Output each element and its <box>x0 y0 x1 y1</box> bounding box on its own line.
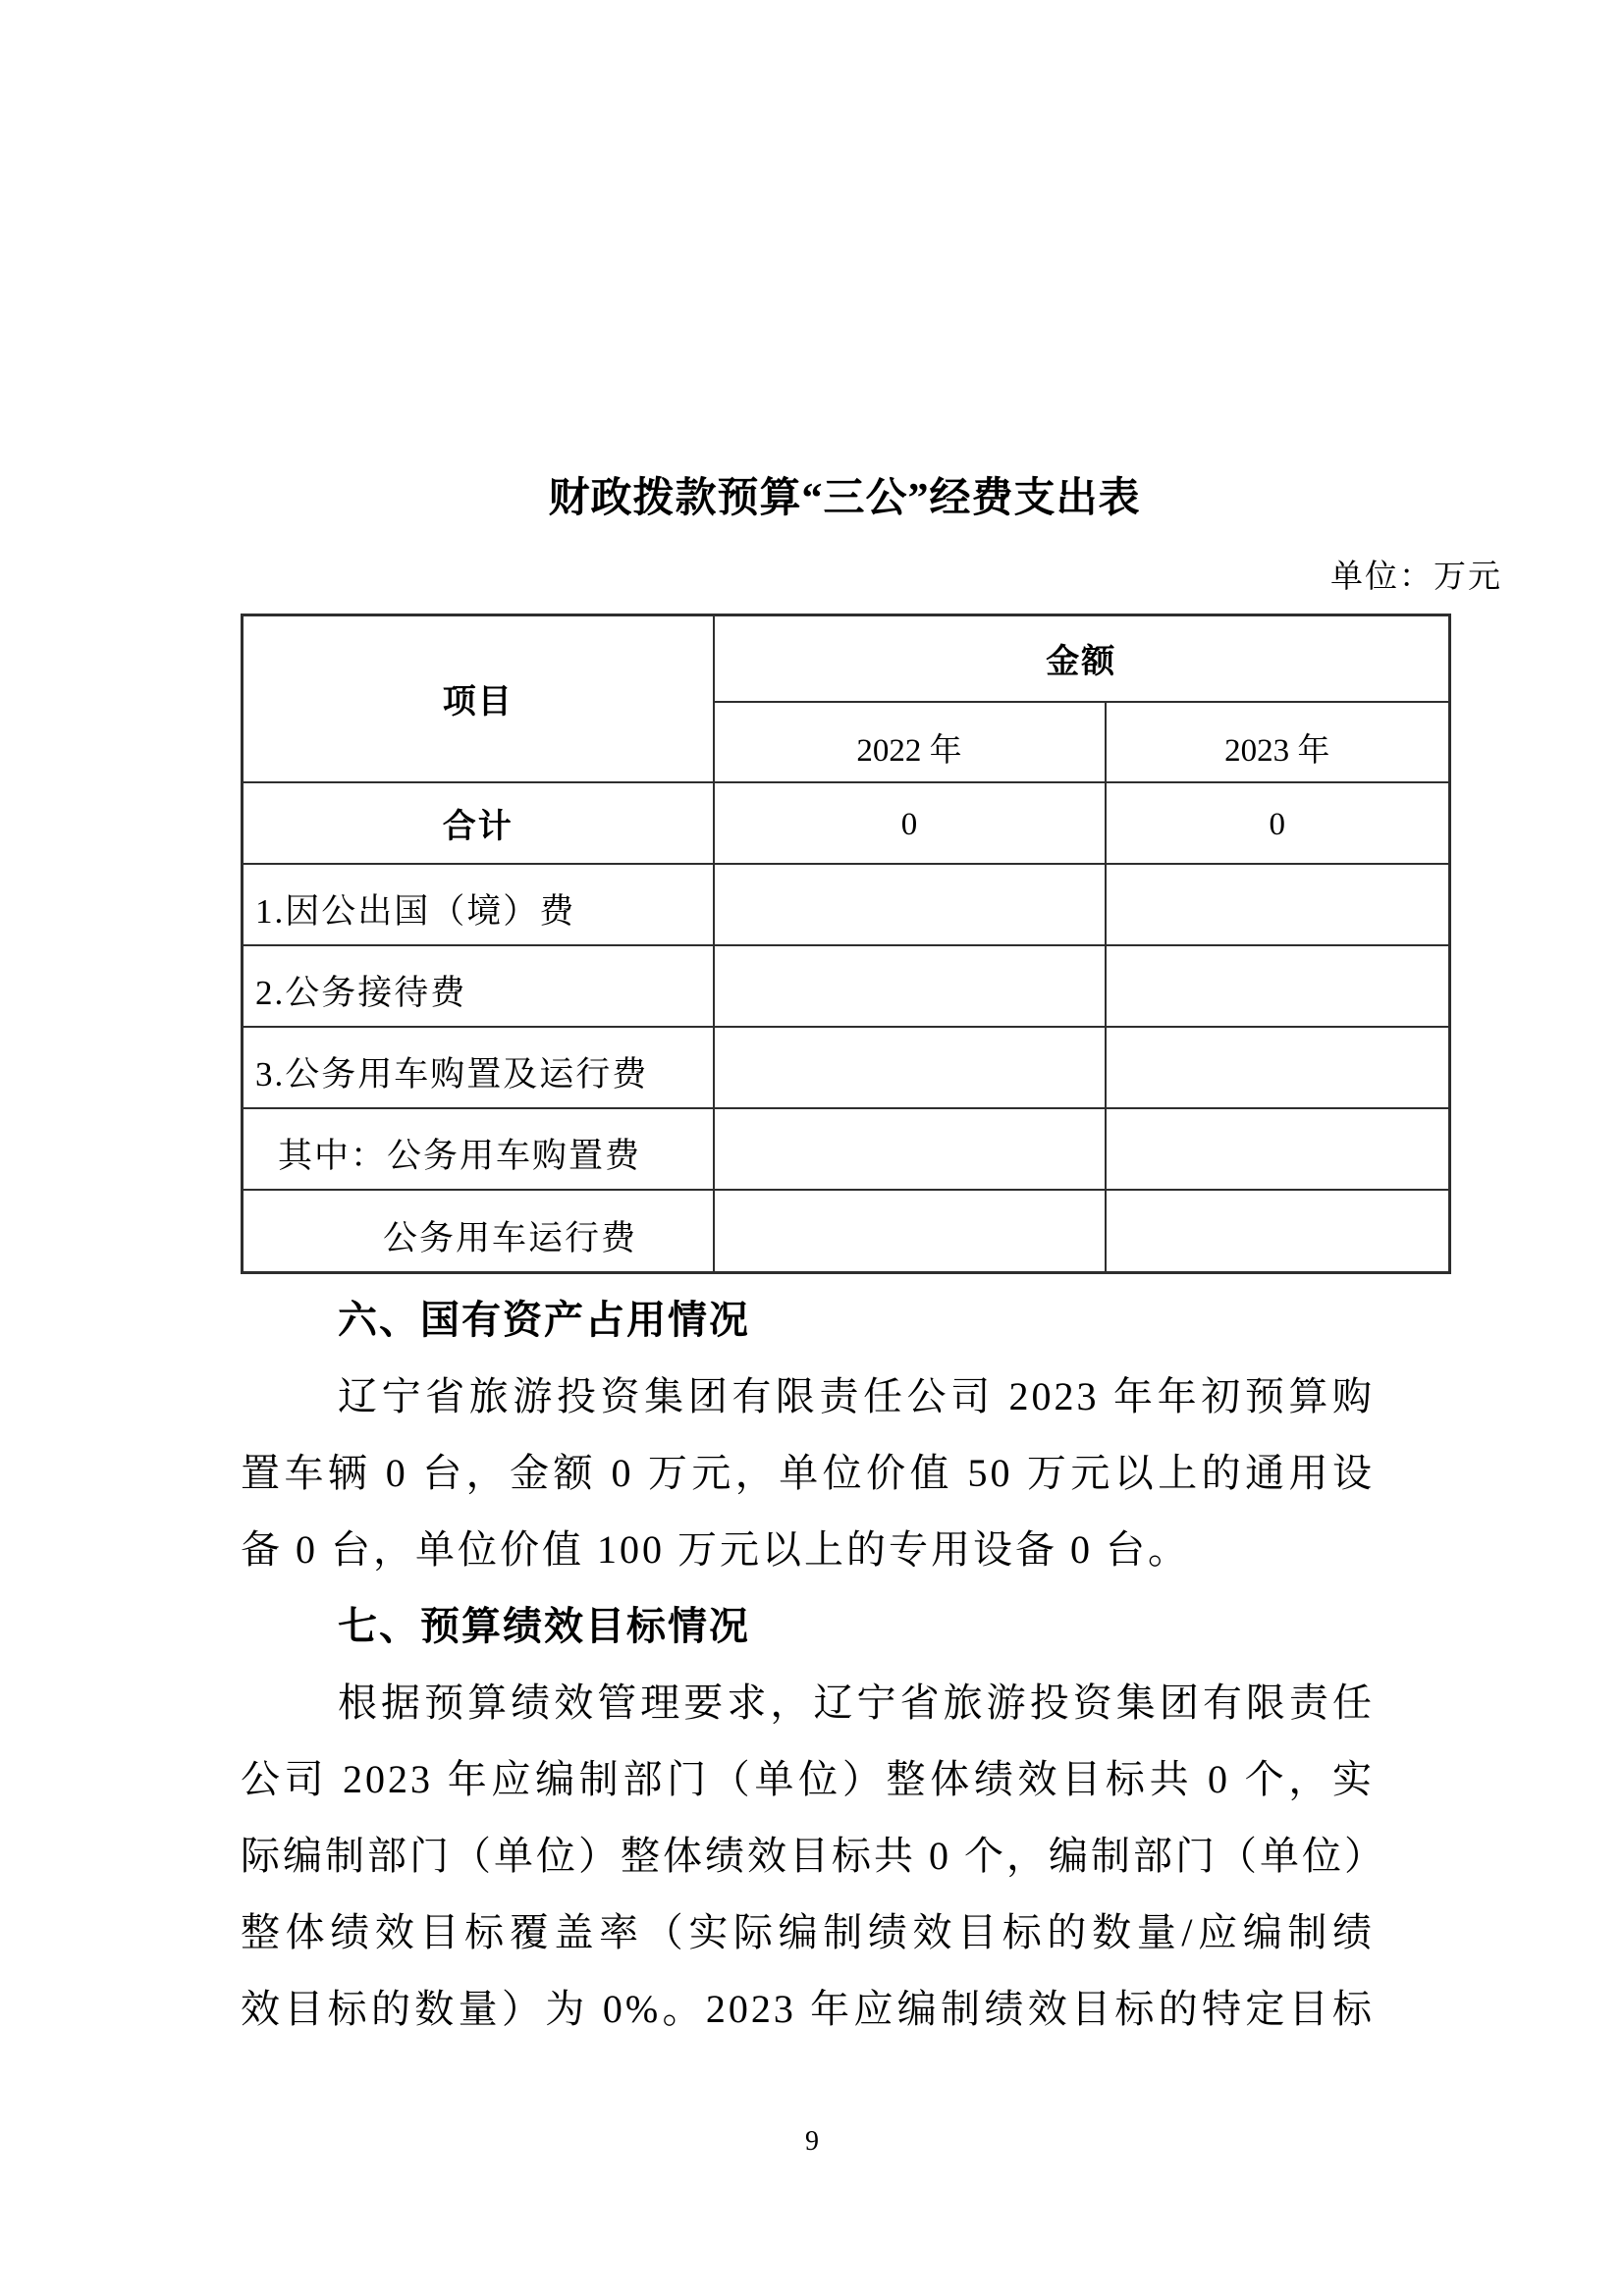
value-2022-vehicle-purchase <box>714 1108 1106 1190</box>
value-2023-vehicle-fee <box>1106 1027 1450 1108</box>
page-number: 9 <box>0 2124 1624 2160</box>
paragraph-line: 整体绩效目标覆盖率（实际编制绩效目标的数量/应编制绩 <box>241 1895 1375 1971</box>
table-row-vehicle-fee: 3.公务用车购置及运行费 <box>243 1027 1450 1108</box>
header-cell-year-2023: 2023 年 <box>1106 702 1450 782</box>
value-2022-abroad-fee <box>714 864 1106 945</box>
document-title: 财政拨款预算“三公”经费支出表 <box>241 475 1448 522</box>
value-2023-vehicle-purchase <box>1106 1108 1450 1190</box>
table-row-vehicle-purchase: 其中：公务用车购置费 <box>243 1108 1450 1190</box>
value-2023-total: 0 <box>1106 782 1450 864</box>
row-label-vehicle-purchase: 其中：公务用车购置费 <box>243 1108 714 1190</box>
value-2022-total: 0 <box>714 782 1106 864</box>
unit-note: 单位：万元 <box>241 558 1502 597</box>
table-header-row-1: 项目 金额 <box>243 615 1450 702</box>
header-cell-item: 项目 <box>243 615 714 782</box>
section-heading-performance-targets: 七、预算绩效目标情况 <box>241 1588 1375 1665</box>
paragraph-line: 际编制部门（单位）整体绩效目标共 0 个，编制部门（单位） <box>241 1818 1375 1895</box>
value-2022-vehicle-operation <box>714 1190 1106 1273</box>
document-body: 六、国有资产占用情况 辽宁省旅游投资集团有限责任公司 2023 年年初预算购 置… <box>241 1282 1375 2048</box>
row-label-vehicle-fee: 3.公务用车购置及运行费 <box>243 1027 714 1108</box>
row-label-vehicle-operation: 公务用车运行费 <box>243 1190 714 1273</box>
value-2022-vehicle-fee <box>714 1027 1106 1108</box>
table-row-total: 合计 0 0 <box>243 782 1450 864</box>
value-2022-reception-fee <box>714 945 1106 1027</box>
paragraph-line: 效目标的数量）为 0%。2023 年应编制绩效目标的特定目标 <box>241 1971 1375 2048</box>
section-heading-state-assets: 六、国有资产占用情况 <box>241 1282 1375 1359</box>
paragraph-line: 辽宁省旅游投资集团有限责任公司 2023 年年初预算购 <box>241 1359 1375 1435</box>
paragraph-line: 公司 2023 年应编制部门（单位）整体绩效目标共 0 个，实 <box>241 1741 1375 1818</box>
header-cell-year-2022: 2022 年 <box>714 702 1106 782</box>
value-2023-abroad-fee <box>1106 864 1450 945</box>
paragraph-line: 备 0 台，单位价值 100 万元以上的专用设备 0 台。 <box>241 1512 1375 1588</box>
header-cell-amount: 金额 <box>714 615 1450 702</box>
table-row-vehicle-operation: 公务用车运行费 <box>243 1190 1450 1273</box>
table-row-reception-fee: 2.公务接待费 <box>243 945 1450 1027</box>
paragraph-line: 根据预算绩效管理要求，辽宁省旅游投资集团有限责任 <box>241 1665 1375 1741</box>
three-public-expense-table: 项目 金额 2022 年 2023 年 合计 0 0 1.因公出国（境）费 2.… <box>241 614 1451 1274</box>
value-2023-vehicle-operation <box>1106 1190 1450 1273</box>
paragraph-line: 置车辆 0 台，金额 0 万元，单位价值 50 万元以上的通用设 <box>241 1435 1375 1512</box>
document-page: 财政拨款预算“三公”经费支出表 单位：万元 项目 金额 2022 年 2023 … <box>0 0 1624 2296</box>
row-label-total: 合计 <box>243 782 714 864</box>
row-label-abroad-fee: 1.因公出国（境）费 <box>243 864 714 945</box>
value-2023-reception-fee <box>1106 945 1450 1027</box>
table-row-abroad-fee: 1.因公出国（境）费 <box>243 864 1450 945</box>
row-label-reception-fee: 2.公务接待费 <box>243 945 714 1027</box>
